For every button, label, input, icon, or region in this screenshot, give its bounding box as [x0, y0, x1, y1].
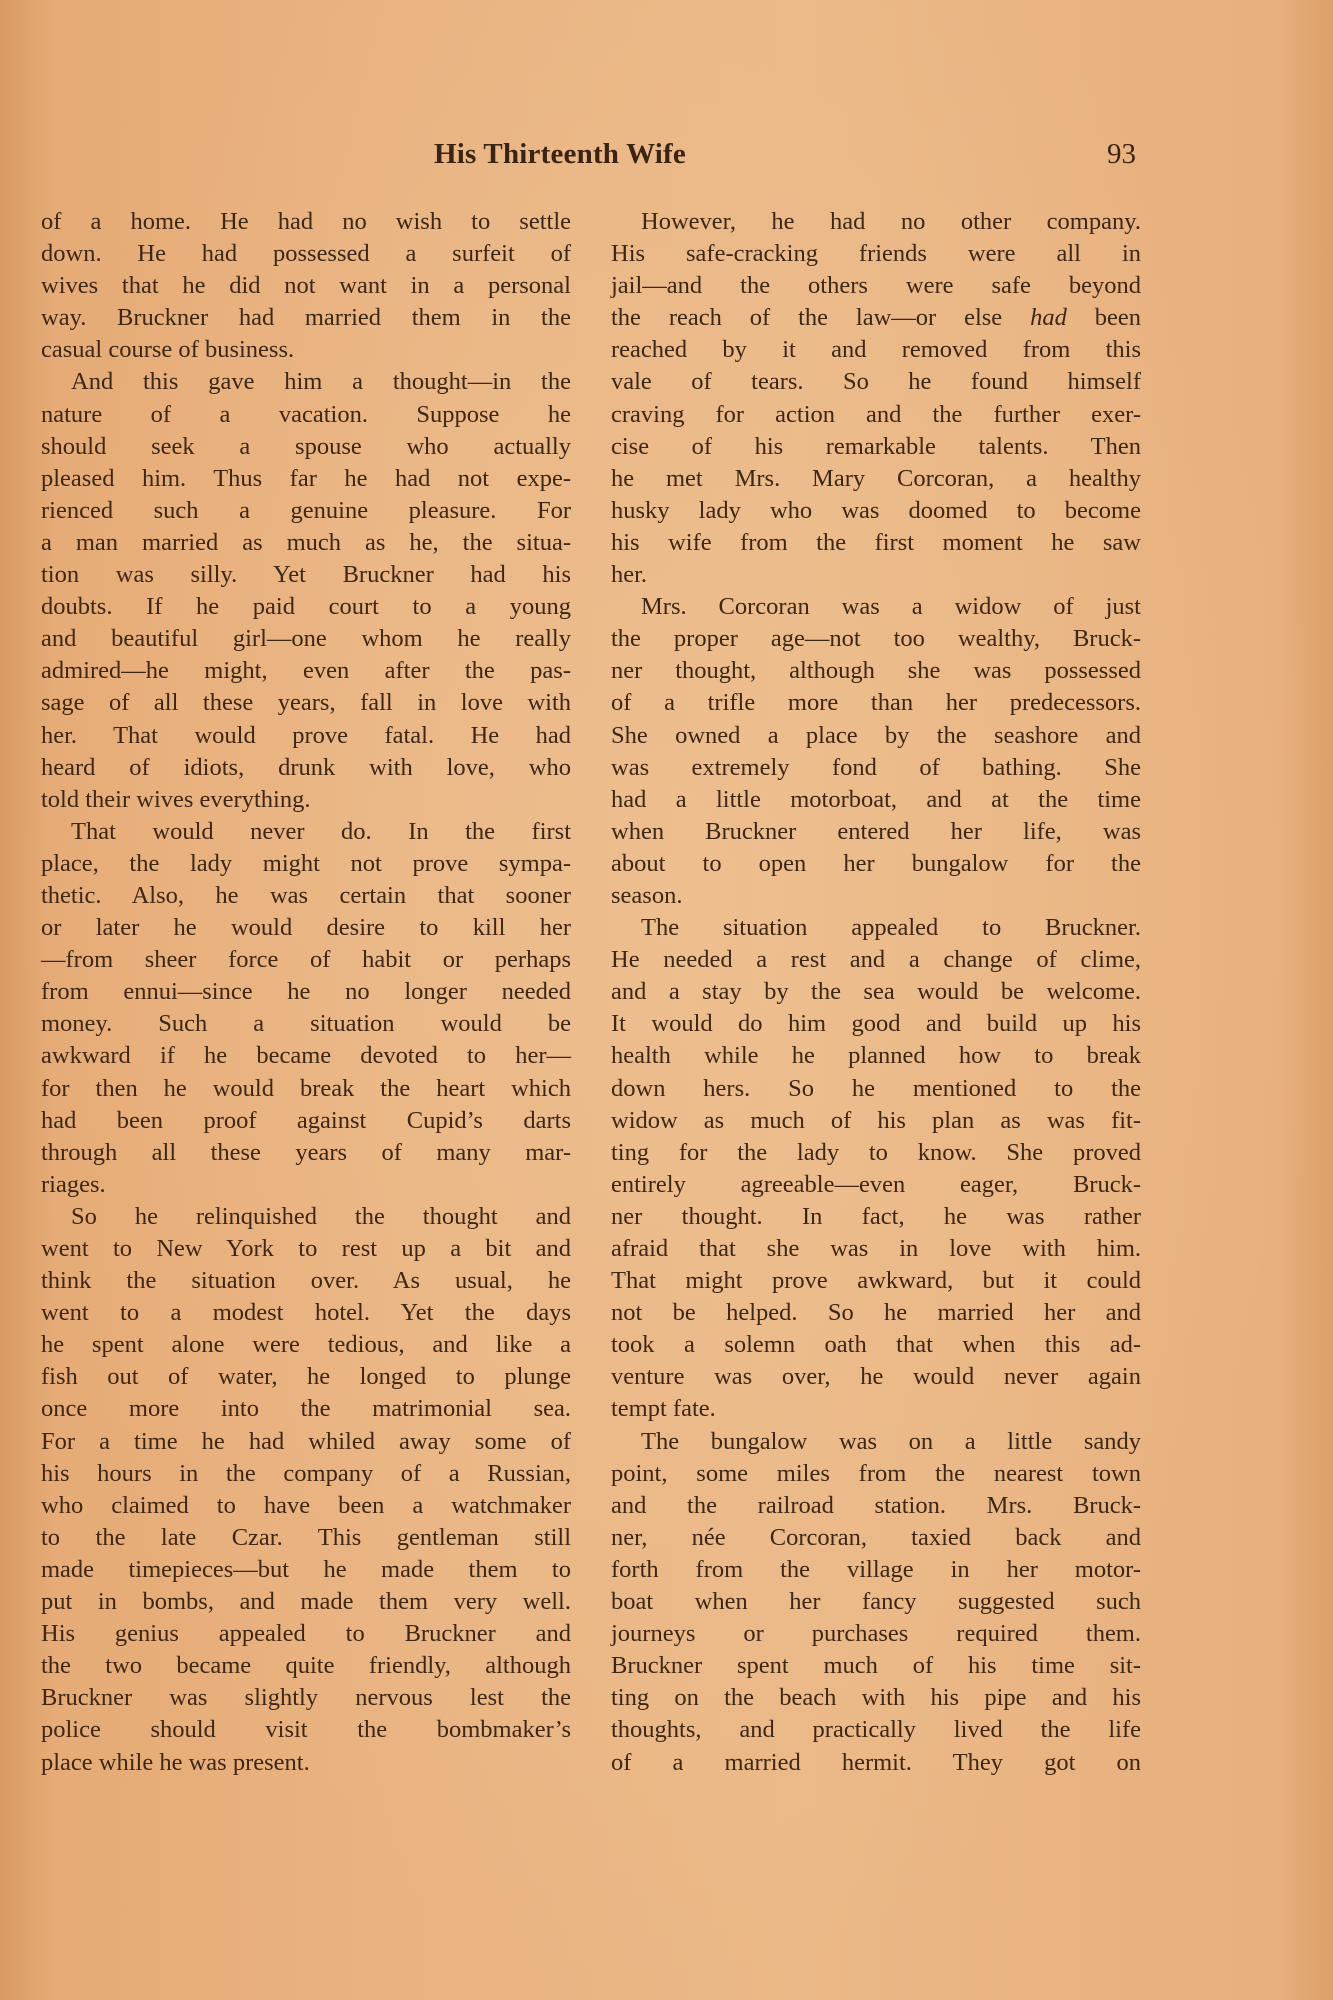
text-line: had a little motorboat, and at the time — [611, 784, 1141, 816]
text-line: vale of tears. So he found himself — [611, 366, 1141, 398]
paragraph-start-line: Mrs. Corcoran was a widow of just — [611, 591, 1141, 623]
text-line: police should visit the bombmaker’s — [41, 1714, 571, 1746]
text-line: to the late Czar. This gentleman still — [41, 1522, 571, 1554]
text-line: doubts. If he paid court to a young — [41, 591, 571, 623]
text-line: about to open her bungalow for the — [611, 848, 1141, 880]
text-line: he met Mrs. Mary Corcoran, a healthy — [611, 463, 1141, 495]
text-line: from ennui—since he no longer needed — [41, 976, 571, 1008]
text-line: the two became quite friendly, although — [41, 1650, 571, 1682]
text-line: afraid that she was in love with him. — [611, 1233, 1141, 1265]
text-line: ner, née Corcoran, taxied back and — [611, 1522, 1141, 1554]
right-column: However, he had no other company. His sa… — [611, 206, 1141, 1779]
text-line: fish out of water, he longed to plunge — [41, 1361, 571, 1393]
text-line: entirely agreeable—even eager, Bruck- — [611, 1169, 1141, 1201]
text-line: told their wives everything. — [41, 784, 571, 816]
paragraph-start-line: So he relinquished the thought and — [41, 1201, 571, 1233]
text-line: and the railroad station. Mrs. Bruck- — [611, 1490, 1141, 1522]
text-line: money. Such a situation would be — [41, 1008, 571, 1040]
text-line: he spent alone were tedious, and like a — [41, 1329, 571, 1361]
text-segment: the reach of the law—or else — [611, 304, 1002, 331]
text-line: ner thought, although she was possessed — [611, 655, 1141, 687]
text-line: His genius appealed to Bruckner and — [41, 1618, 571, 1650]
text-line: took a solemn oath that when this ad- — [611, 1329, 1141, 1361]
text-line: think the situation over. As usual, he — [41, 1265, 571, 1297]
text-line: That might prove awkward, but it could — [611, 1265, 1141, 1297]
text-line: —from sheer force of habit or perhaps — [41, 944, 571, 976]
text-line: went to a modest hotel. Yet the days — [41, 1297, 571, 1329]
text-line: not be helped. So he married her and — [611, 1297, 1141, 1329]
text-line: once more into the matrimonial sea. — [41, 1393, 571, 1425]
text-line: Bruckner was slightly nervous lest the — [41, 1682, 571, 1714]
text-segment: been — [1095, 304, 1141, 331]
left-column: of a home. He had no wish to settle down… — [41, 206, 571, 1779]
paragraph-start-line: However, he had no other company. — [611, 206, 1141, 238]
text-line: ner thought. In fact, he was rather — [611, 1201, 1141, 1233]
text-line: place, the lady might not prove sympa- — [41, 848, 571, 880]
text-line: of a trifle more than her predecessors. — [611, 687, 1141, 719]
text-line: and beautiful girl—one whom he really — [41, 623, 571, 655]
text-line: the proper age—not too wealthy, Bruck- — [611, 623, 1141, 655]
text-line: of a home. He had no wish to settle — [41, 206, 571, 238]
text-line: boat when her fancy suggested such — [611, 1586, 1141, 1618]
text-line: ting on the beach with his pipe and his — [611, 1682, 1141, 1714]
text-line: place while he was present. — [41, 1747, 571, 1779]
text-line: when Bruckner entered her life, was — [611, 816, 1141, 848]
text-line: Bruckner spent much of his time sit- — [611, 1650, 1141, 1682]
text-line: It would do him good and build up his — [611, 1008, 1141, 1040]
text-line: way. Bruckner had married them in the — [41, 302, 571, 334]
text-line: of a married hermit. They got on — [611, 1747, 1141, 1779]
text-line: casual course of business. — [41, 334, 571, 366]
paragraph-start-line: And this gave him a thought—in the — [41, 366, 571, 398]
text-line: tion was silly. Yet Bruckner had his — [41, 559, 571, 591]
text-line: His safe-cracking friends were all in — [611, 238, 1141, 270]
text-line: admired—he might, even after the pas- — [41, 655, 571, 687]
text-line: cise of his remarkable talents. Then — [611, 431, 1141, 463]
text-line: point, some miles from the nearest town — [611, 1458, 1141, 1490]
text-line: awkward if he became devoted to her— — [41, 1040, 571, 1072]
text-line: sage of all these years, fall in love wi… — [41, 687, 571, 719]
text-line: ting for the lady to know. She proved — [611, 1137, 1141, 1169]
text-line: tempt fate. — [611, 1393, 1141, 1425]
text-line: pleased him. Thus far he had not expe- — [41, 463, 571, 495]
text-line: went to New York to rest up a bit and — [41, 1233, 571, 1265]
paragraph-start-line: That would never do. In the first — [41, 816, 571, 848]
text-line: He needed a rest and a change of clime, — [611, 944, 1141, 976]
text-line: She owned a place by the seashore and — [611, 720, 1141, 752]
text-line: thetic. Also, he was certain that sooner — [41, 880, 571, 912]
text-line: riages. — [41, 1169, 571, 1201]
text-line: craving for action and the further exer- — [611, 399, 1141, 431]
text-line: and a stay by the sea would be welcome. — [611, 976, 1141, 1008]
text-line: a man married as much as he, the situa- — [41, 527, 571, 559]
text-line: rienced such a genuine pleasure. For — [41, 495, 571, 527]
text-line: health while he planned how to break — [611, 1040, 1141, 1072]
italic-emphasis: had — [1030, 304, 1067, 331]
text-line: wives that he did not want in a personal — [41, 270, 571, 302]
text-line: her. — [611, 559, 1141, 591]
page-header: His Thirteenth Wife 93 — [0, 138, 1333, 184]
page-number: 93 — [1107, 138, 1136, 171]
text-line: had been proof against Cupid’s darts — [41, 1105, 571, 1137]
text-line: reached by it and removed from this — [611, 334, 1141, 366]
text-line: her. That would prove fatal. He had — [41, 720, 571, 752]
text-line: For a time he had whiled away some of — [41, 1426, 571, 1458]
text-line-with-italic: the reach of the law—or else had been — [611, 302, 1141, 334]
text-line: put in bombs, and made them very well. — [41, 1586, 571, 1618]
text-line: down hers. So he mentioned to the — [611, 1073, 1141, 1105]
text-line: husky lady who was doomed to become — [611, 495, 1141, 527]
text-line: thoughts, and practically lived the life — [611, 1714, 1141, 1746]
text-line: or later he would desire to kill her — [41, 912, 571, 944]
text-line: journeys or purchases required them. — [611, 1618, 1141, 1650]
text-line: season. — [611, 880, 1141, 912]
text-line: widow as much of his plan as was fit- — [611, 1105, 1141, 1137]
text-line: down. He had possessed a surfeit of — [41, 238, 571, 270]
text-line: jail—and the others were safe beyond — [611, 270, 1141, 302]
text-line: forth from the village in her motor- — [611, 1554, 1141, 1586]
text-line: should seek a spouse who actually — [41, 431, 571, 463]
text-line: his wife from the first moment he saw — [611, 527, 1141, 559]
text-line: made timepieces—but he made them to — [41, 1554, 571, 1586]
text-line: his hours in the company of a Russian, — [41, 1458, 571, 1490]
book-page: His Thirteenth Wife 93 of a home. He had… — [0, 0, 1333, 2000]
text-line: heard of idiots, drunk with love, who — [41, 752, 571, 784]
text-line: nature of a vacation. Suppose he — [41, 399, 571, 431]
paragraph-start-line: The situation appealed to Bruckner. — [611, 912, 1141, 944]
text-line: who claimed to have been a watchmaker — [41, 1490, 571, 1522]
text-line: through all these years of many mar- — [41, 1137, 571, 1169]
text-line: for then he would break the heart which — [41, 1073, 571, 1105]
running-title: His Thirteenth Wife — [434, 138, 686, 171]
text-line: was extremely fond of bathing. She — [611, 752, 1141, 784]
text-line: venture was over, he would never again — [611, 1361, 1141, 1393]
paragraph-start-line: The bungalow was on a little sandy — [611, 1426, 1141, 1458]
